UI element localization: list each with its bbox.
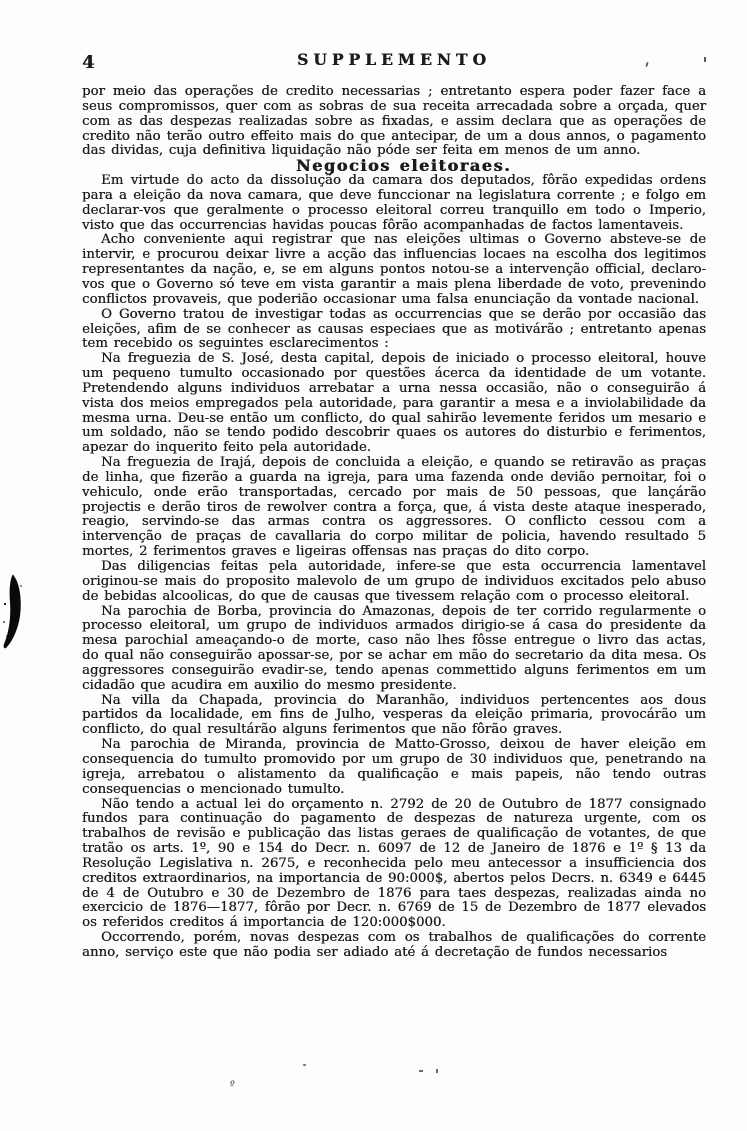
paragraph: Na parochia de Miranda, provincia de Mat… [82, 738, 706, 797]
paragraph: O Governo tratou de investigar todas as … [82, 308, 706, 353]
speck-mark [419, 1070, 423, 1072]
paragraph: Não tendo a actual lei do orçamento n. 2… [82, 798, 706, 932]
scanned-document-page: 4 SUPPLEMENTO por meio das operações de … [0, 0, 747, 1131]
running-title: SUPPLEMENTO [82, 50, 706, 69]
paragraph: Na freguezia de S. José, desta capital, … [82, 352, 706, 456]
speck-mark [704, 57, 706, 62]
paragraph: Em virtude do acto da dissolução da cama… [82, 174, 706, 233]
speck-mark [303, 1064, 306, 1066]
speck-mark [436, 1069, 438, 1073]
ink-blot-artifact [1, 574, 27, 652]
section-heading: Negocios eleitoraes. [82, 159, 706, 174]
paragraph: Na freguezia de Irajá, depois de conclui… [82, 456, 706, 560]
page-number: 4 [82, 52, 95, 73]
paragraph: Na parochia de Borba, provincia do Amazo… [82, 605, 706, 694]
stray-glyph-mark: º [230, 1080, 235, 1091]
paragraph: Na villa da Chapada, provincia do Maranh… [82, 694, 706, 739]
continuation-paragraph: por meio das operações de credito necess… [82, 85, 706, 159]
paragraph: Acho conveniente aqui registrar que nas … [82, 233, 706, 307]
paragraph: Das diligencias feitas pela autoridade, … [82, 560, 706, 605]
paragraph: Occorrendo, porém, novas despezas com os… [82, 931, 706, 961]
page-header: 4 SUPPLEMENTO [82, 50, 706, 74]
page-body: por meio das operações de credito necess… [82, 85, 706, 961]
